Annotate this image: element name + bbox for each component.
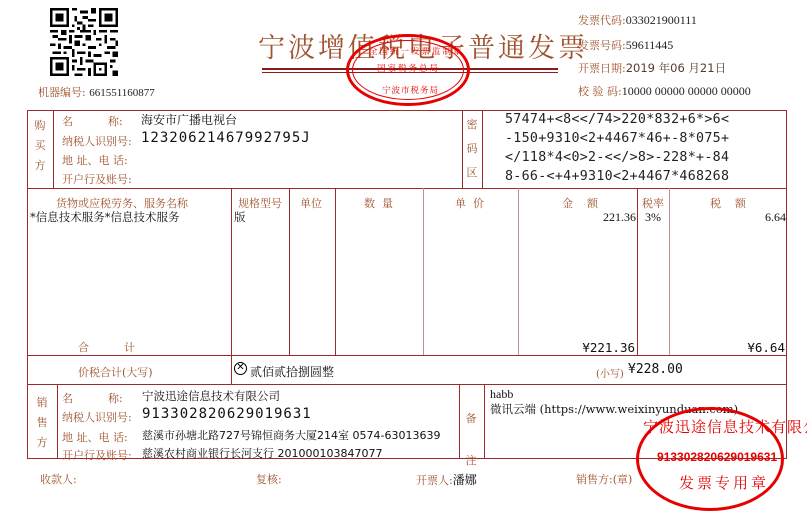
seller-stamp: 销售方:(章) [576,471,632,487]
total-amount: ¥221.36 [582,340,635,355]
header-tax: 税 额 [710,195,746,211]
seller-bank: 慈溪农村商业银行长河支行 201000103847077 [142,445,382,461]
issuer-value: 潘娜 [453,473,477,487]
seller-name: 宁波迅途信息技术有限公司 [142,388,280,404]
cipher-line: 8-66-<+4+9310<2+4467*468268 [505,169,729,184]
remarks-side-char: 备 [462,398,480,440]
grand-total-small-label: (小写) [596,365,624,380]
header-amount: 金 额 [562,195,598,211]
seller-seal-company: 宁波迅途信息技术有限公司 [643,416,807,437]
seller-address-label: 地 址、电 话: [62,429,128,445]
total-tax: ¥6.64 [747,340,785,355]
payee: 收款人: [40,471,77,487]
buyer-tax-id-label: 纳税人识别号: [62,133,132,149]
seller-tax-id: 913302820629019631 [142,406,312,422]
reviewer-label: 复核: [256,473,282,486]
check-code-label: 校 验 码: [578,85,622,98]
issuer: 开票人:潘娜 [416,471,477,488]
seller-seal-bottom: 发票专用章 [679,472,769,493]
cipher-line: </118*4<0>2-<</>8>-228*+-84 [505,150,729,165]
buyer-bank-label: 开户行及账号: [62,171,132,187]
header-qty: 数 量 [364,195,393,211]
seller-name-label: 名 称: [62,390,123,406]
cipher-side-char: 区 [463,161,481,185]
machine-number-value: 661551160877 [89,87,155,99]
reviewer: 复核: [256,471,282,487]
seal-top-text: 全国统一发票监制章 [369,45,464,57]
invoice-code-value: 033021900111 [626,13,697,27]
header-price: 单 价 [455,195,484,211]
issuer-label: 开票人: [416,474,453,487]
seller-side-char: 方 [33,433,51,453]
seller-tax-id-label: 纳税人识别号: [62,409,132,425]
invoice-number: 发票号码:59611445 [578,37,673,53]
total-label: 合 计 [78,339,135,355]
machine-number-label: 机器编号: [38,86,86,99]
qr-code [50,8,118,76]
tax-authority-seal: 全国统一发票监制章 国家税务总局 宁波市税务局 [346,34,470,106]
item-spec: 版 [234,209,246,225]
buyer-name: 海安市广播电视台 [141,111,237,128]
buyer-side-label: 购 买 方 [31,116,49,176]
buyer-side-char: 买 [31,136,49,156]
buyer-name-label: 名 称: [62,113,123,129]
payee-label: 收款人: [40,473,77,486]
grand-total-uppercase: 贰佰贰拾捌圆整 [250,363,334,380]
buyer-side-char: 方 [31,156,49,176]
item-amount: 221.36 [603,210,636,225]
circle-x-icon: ✕ [234,362,247,375]
seller-bank-label: 开户行及账号: [62,447,132,463]
invoice-code: 发票代码:033021900111 [578,12,697,28]
seller-side-char: 销 [33,393,51,413]
seller-side-char: 售 [33,413,51,433]
invoice-date-value: 2019 年06 月21日 [626,61,726,75]
item-name: *信息技术服务*信息技术服务 [30,209,180,225]
grand-total-small-value: ¥228.00 [628,362,683,377]
seller-side-label: 销 售 方 [33,393,51,453]
remarks-line: habb [490,387,513,402]
cipher-line: -150+9310<2+4467*46+-8*075+ [505,131,729,146]
invoice-code-label: 发票代码: [578,14,626,27]
machine-number: 机器编号: 661551160877 [38,84,155,100]
header-rate: 税率 [642,195,664,211]
cipher-side-char: 码 [463,137,481,161]
cipher-side-label: 密 码 区 [463,113,481,185]
invoice-number-label: 发票号码: [578,39,626,52]
cipher-side-char: 密 [463,113,481,137]
seal-middle-text: 国家税务总局 [377,62,440,74]
buyer-side-char: 购 [31,116,49,136]
check-code: 校 验 码:10000 00000 00000 00000 [578,83,751,99]
seller-invoice-seal: 宁波迅途信息技术有限公司 913302820629019631 发票专用章 [636,407,784,511]
item-tax: 6.64 [765,210,786,225]
cipher-line: 57474+<8<</74>220*832+6*>6< [505,112,729,127]
grand-total-label: 价税合计(大写) [78,364,153,380]
seal-bottom-text: 宁波市税务局 [382,84,439,96]
item-rate: 3% [645,210,661,225]
seller-address: 慈溪市孙塘北路727号锦恒商务大厦214室 0574-63013639 [142,427,440,443]
header-unit: 单位 [300,195,322,211]
buyer-address-label: 地 址、电 话: [62,152,128,168]
seller-seal-tax-id: 913302820629019631 [657,450,777,464]
check-code-value: 10000 00000 00000 00000 [622,84,751,98]
seller-stamp-label: 销售方:(章) [576,473,632,486]
remarks-side-label: 备 注 [462,398,480,482]
invoice-number-value: 59611445 [626,38,674,52]
buyer-tax-id: 12320621467992795J [141,130,311,146]
invoice-date: 开票日期:2019 年06 月21日 [578,60,726,76]
invoice-date-label: 开票日期: [578,62,626,75]
